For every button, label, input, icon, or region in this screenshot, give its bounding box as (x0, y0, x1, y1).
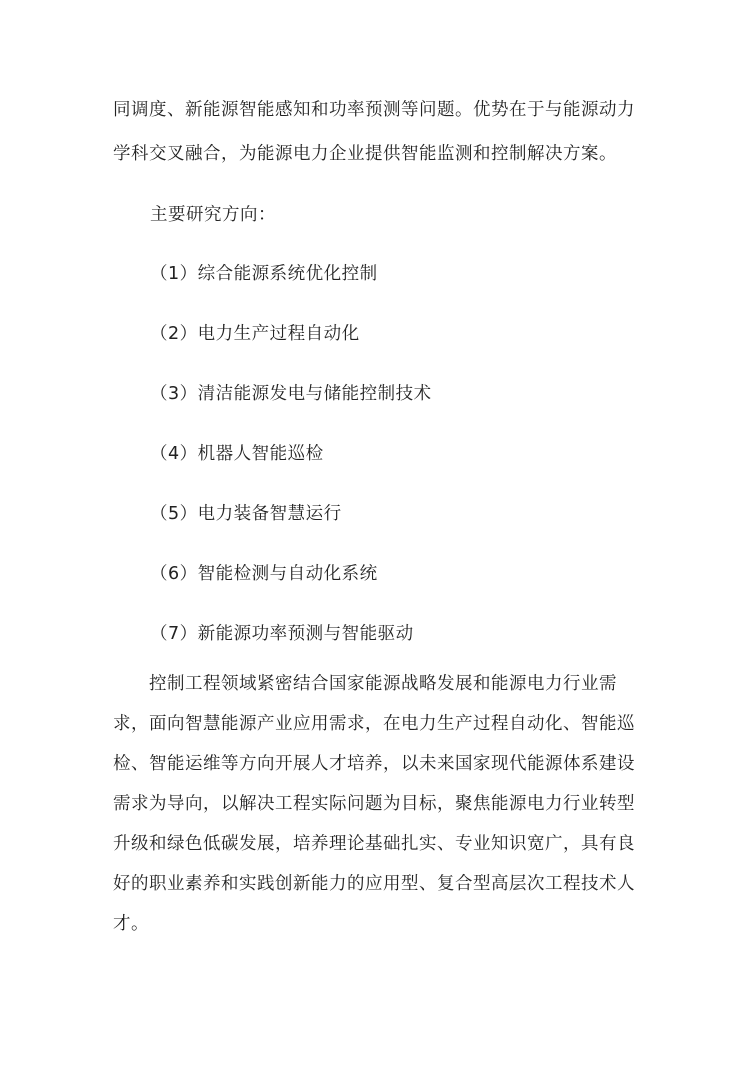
closing-line-4: 需求为导向，以解决工程实际问题为目标，聚焦能源电力行业转型 (113, 792, 635, 816)
direction-item-6: （6）智能检测与自动化系统 (150, 562, 378, 586)
direction-item-7: （7）新能源功率预测与智能驱动 (150, 622, 414, 646)
direction-item-5: （5）电力装备智慧运行 (150, 502, 342, 526)
direction-item-1: （1）综合能源系统优化控制 (150, 262, 378, 286)
closing-line-5: 升级和绿色低碳发展，培养理论基础扎实、专业知识宽广，具有良 (113, 832, 635, 856)
intro-line-1: 同调度、新能源智能感知和功率预测等问题。优势在于与能源动力 (113, 98, 635, 122)
direction-item-3: （3）清洁能源发电与储能控制技术 (150, 382, 432, 406)
closing-line-7: 才。 (113, 912, 149, 936)
direction-item-4: （4）机器人智能巡检 (150, 442, 324, 466)
section-heading: 主要研究方向： (150, 203, 276, 227)
closing-line-6: 好的职业素养和实践创新能力的应用型、复合型高层次工程技术人 (113, 872, 635, 896)
closing-line-3: 检、智能运维等方向开展人才培养，以未来国家现代能源体系建设 (113, 752, 635, 776)
direction-item-2: （2）电力生产过程自动化 (150, 322, 360, 346)
intro-line-2: 学科交叉融合，为能源电力企业提供智能监测和控制解决方案。 (113, 142, 617, 166)
closing-line-2: 求，面向智慧能源产业应用需求，在电力生产过程自动化、智能巡 (113, 712, 635, 736)
closing-line-1: 控制工程领域紧密结合国家能源战略发展和能源电力行业需 (149, 672, 617, 696)
